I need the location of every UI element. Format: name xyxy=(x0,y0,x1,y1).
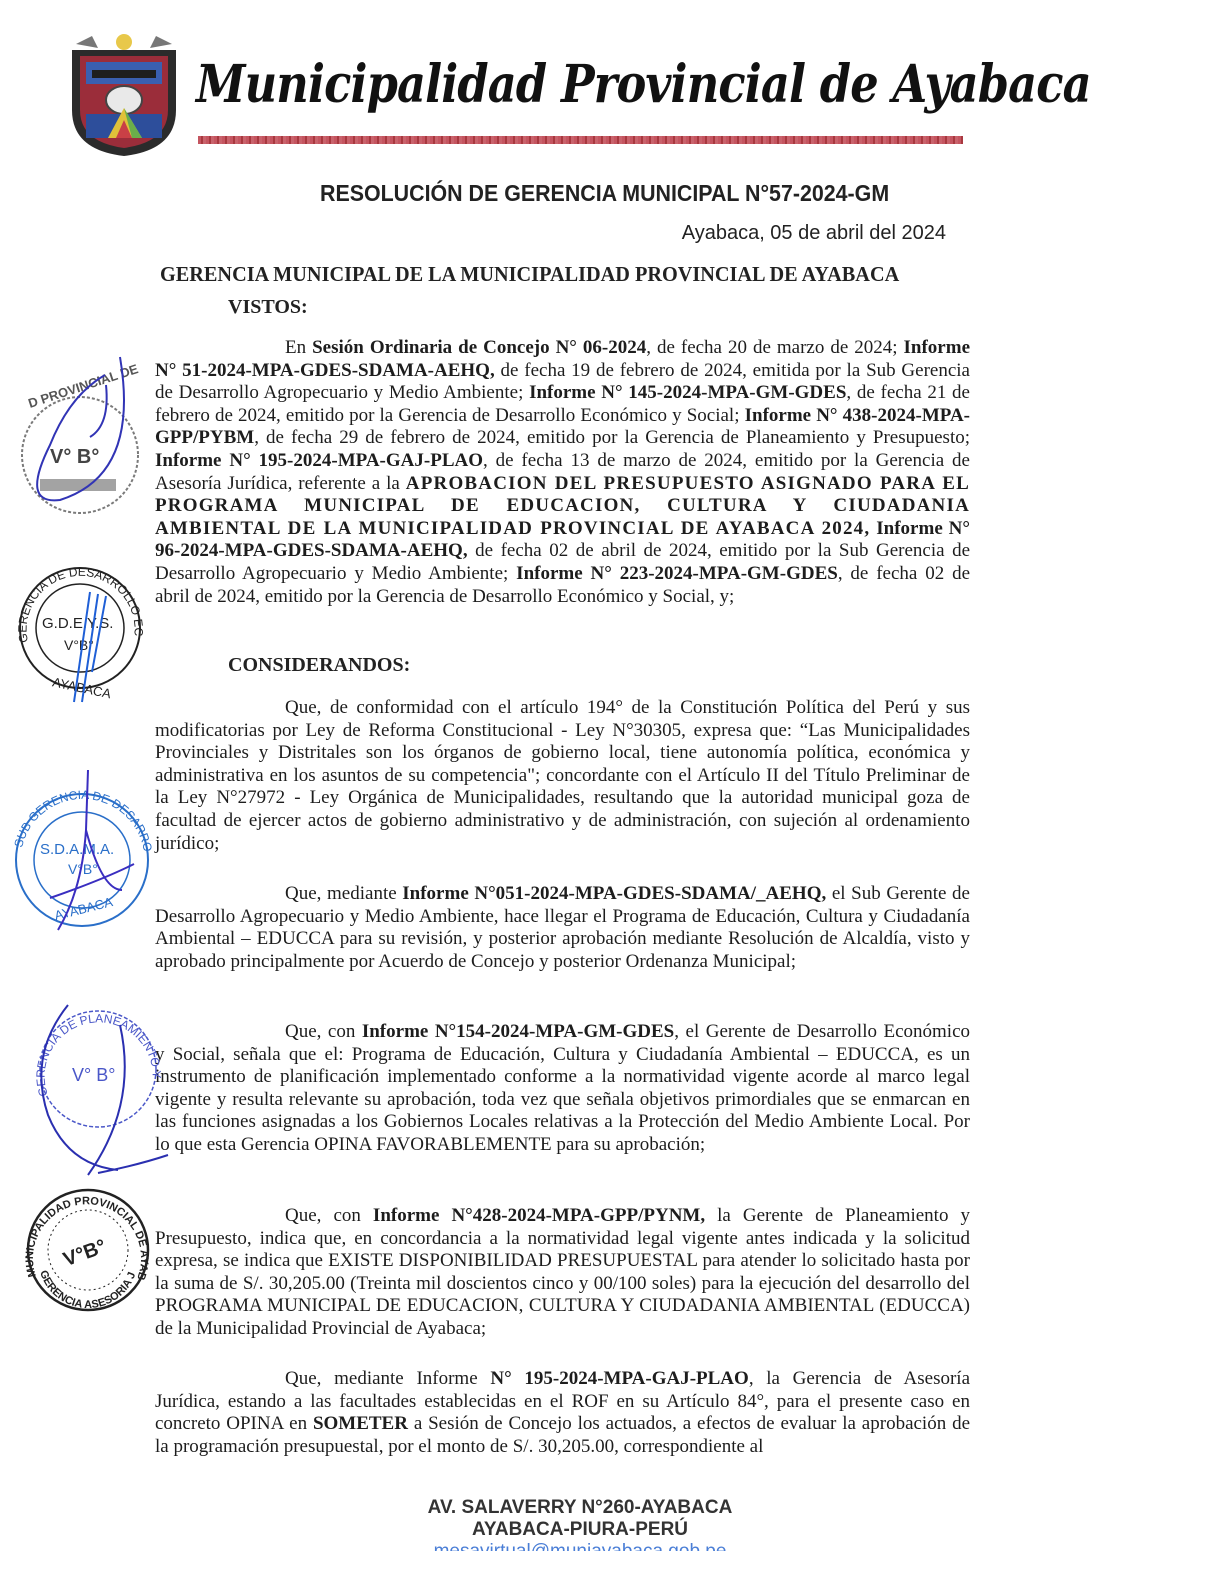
bold-reference: Sesión Ordinaria de Concejo N° 06-2024 xyxy=(312,337,646,358)
stamp-gaj: MUNICIPALIDAD PROVINCIAL DE AYABACA GERE… xyxy=(18,1180,158,1320)
svg-text:S.D.A.M.A.: S.D.A.M.A. xyxy=(40,841,114,858)
header-rule xyxy=(198,136,963,144)
bold-reference: Informe N°051-2024-MPA-GDES-SDAMA/_AEHQ, xyxy=(402,883,826,904)
text-run: Que, mediante xyxy=(285,883,402,904)
bold-reference: Informe N°154-2024-MPA-GM-GDES xyxy=(362,1021,674,1042)
stamp-municipalidad-provincial: D PROVINCIAL DE V° B° xyxy=(10,355,142,525)
bold-reference: N° 195-2024-MPA-GAJ-PLAO xyxy=(490,1368,748,1389)
text-run: , de fecha 29 de febrero de 2024, emitid… xyxy=(254,427,970,448)
text-run: Que, de conformidad con el artículo 194°… xyxy=(155,697,970,854)
stamp-gpp: GERENCIA DE PLANEAMIENTO Y PRESUPUESTO V… xyxy=(28,995,168,1175)
resolution-date: Ayabaca, 05 de abril del 2024 xyxy=(682,222,946,245)
resolution-title: RESOLUCIÓN DE GERENCIA MUNICIPAL N°57-20… xyxy=(320,180,889,207)
municipality-name: Municipalidad Provincial de Ayabaca xyxy=(196,54,867,115)
bold-reference: Informe N° 223-2024-MPA-GM-GDES xyxy=(516,563,838,584)
vistos-heading: VISTOS: xyxy=(228,296,308,319)
svg-text:V° B°: V° B° xyxy=(50,446,99,468)
considerando-paragraph: Que, mediante Informe N° 195-2024-MPA-GA… xyxy=(155,1368,970,1458)
bold-reference: Informe N° 145-2024-MPA-GM-GDES xyxy=(529,382,846,403)
considerando-paragraph: Que, con Informe N°428-2024-MPA-GPP/PYNM… xyxy=(155,1205,970,1341)
bold-reference: Informe N° 195-2024-MPA-GAJ-PLAO xyxy=(155,450,483,471)
stamp-sdama: SUB GERENCIA DE DESARROLLO AGROPECUARIO … xyxy=(12,770,154,952)
text-run: Que, mediante Informe xyxy=(285,1368,490,1389)
bold-reference: Informe N°428-2024-MPA-GPP/PYNM, xyxy=(373,1205,705,1226)
vistos-paragraph: En Sesión Ordinaria de Concejo N° 06-202… xyxy=(155,337,970,608)
svg-text:V° B°: V° B° xyxy=(72,1065,115,1085)
bold-reference: SOMETER xyxy=(313,1413,408,1434)
footer-city: AYABACA-PIURA-PERÚ xyxy=(360,1519,800,1541)
considerando-paragraph: Que, de conformidad con el artículo 194°… xyxy=(155,697,970,855)
page-footer: AV. SALAVERRY N°260-AYABACA AYABACA-PIUR… xyxy=(360,1497,800,1551)
issuer-heading: GERENCIA MUNICIPAL DE LA MUNICIPALIDAD P… xyxy=(160,262,899,287)
text-run: En xyxy=(285,337,312,358)
svg-text:V°B°: V°B° xyxy=(60,1235,109,1271)
stamp-gdes: GERENCIA DE DESARROLLO ECONOMICO Y SOCIA… xyxy=(12,552,142,702)
considerando-paragraph: Que, con Informe N°154-2024-MPA-GM-GDES,… xyxy=(155,1021,970,1157)
svg-text:SUB GERENCIA DE DESARROLLO AGR: SUB GERENCIA DE DESARROLLO AGROPECUARIO … xyxy=(7,759,155,853)
text-run: Que, con xyxy=(285,1021,362,1042)
considerando-paragraph: Que, mediante Informe N°051-2024-MPA-GDE… xyxy=(155,883,970,973)
text-run: , de fecha 20 de marzo de 2024; xyxy=(646,337,903,358)
svg-text:AYABACA: AYABACA xyxy=(53,894,115,923)
text-run: Que, con xyxy=(285,1205,373,1226)
considerandos-heading: CONSIDERANDOS: xyxy=(228,654,410,677)
footer-email-link[interactable]: mesavirtual@muniayabaca.gob.pe xyxy=(360,1541,800,1551)
municipal-crest-icon xyxy=(58,30,190,158)
footer-address: AV. SALAVERRY N°260-AYABACA xyxy=(360,1497,800,1519)
